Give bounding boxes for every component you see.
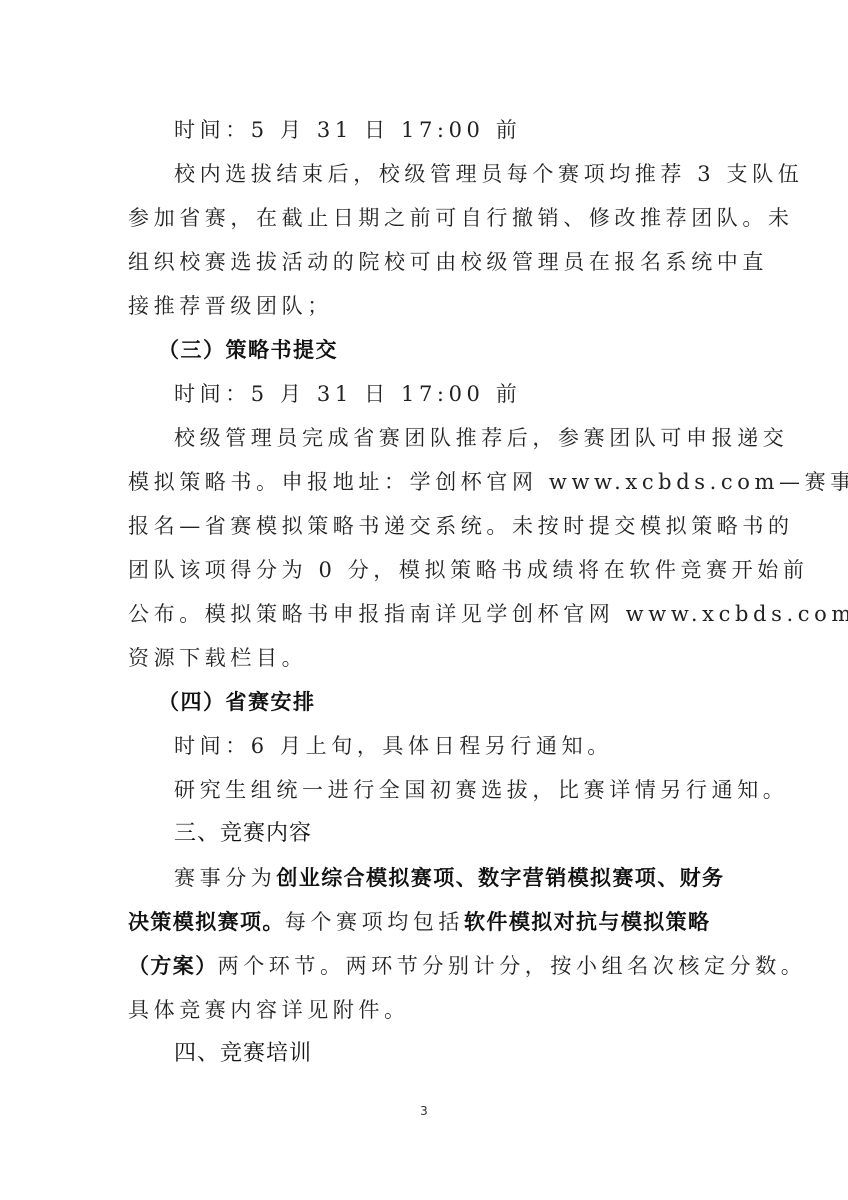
section-heading-competition-content: 三、竞赛内容 [128, 812, 720, 856]
paragraph-line: 接推荐晋级团队； [128, 284, 720, 328]
paragraph-line: 模拟策略书。申报地址：学创杯官网 www.xcbds.com—赛事 [128, 460, 720, 504]
paragraph-line: 报名—省赛模拟策略书递交系统。未按时提交模拟策略书的 [128, 504, 720, 548]
paragraph-line: 具体竞赛内容详见附件。 [128, 988, 720, 1032]
paragraph-line: 资源下载栏目。 [128, 636, 720, 680]
paragraph-line: 组织校赛选拔活动的院校可由校级管理员在报名系统中直 [128, 240, 720, 284]
paragraph-line: 决策模拟赛项。每个赛项均包括软件模拟对抗与模拟策略 [128, 900, 720, 944]
paragraph-line: 团队该项得分为 0 分，模拟策略书成绩将在软件竞赛开始前 [128, 548, 720, 592]
paragraph-strategy-submission: 校级管理员完成省赛团队推荐后，参赛团队可申报递交 [128, 416, 720, 460]
bold-text-run: 创业综合模拟赛项、数字营销模拟赛项、财务 [276, 866, 724, 890]
bold-text-run: 决策模拟赛项。 [128, 910, 285, 934]
text-run: 赛事分为 [174, 866, 276, 890]
paragraph-line: （方案）两个环节。两环节分别计分，按小组名次核定分数。 [128, 944, 720, 988]
section-heading-provincial-arrangement: （四）省赛安排 [128, 680, 720, 724]
paragraph-competition-content: 赛事分为创业综合模拟赛项、数字营销模拟赛项、财务 [128, 856, 720, 900]
text-run: 每个赛项均包括 [285, 910, 464, 934]
paragraph-line: 参加省赛，在截止日期之前可自行撤销、修改推荐团队。未 [128, 196, 720, 240]
paragraph-time-deadline-1: 时间：5 月 31 日 17:00 前 [128, 108, 720, 152]
section-heading-competition-training: 四、竞赛培训 [128, 1032, 720, 1076]
paragraph-school-selection: 校内选拔结束后，校级管理员每个赛项均推荐 3 支队伍 [128, 152, 720, 196]
paragraph-time-june: 时间：6 月上旬，具体日程另行通知。 [128, 724, 720, 768]
page-body: 时间：5 月 31 日 17:00 前 校内选拔结束后，校级管理员每个赛项均推荐… [128, 108, 720, 1076]
bold-text-run: 软件模拟对抗与模拟策略 [464, 910, 710, 934]
paragraph-time-deadline-2: 时间：5 月 31 日 17:00 前 [128, 372, 720, 416]
section-heading-strategy-submission: （三）策略书提交 [128, 328, 720, 372]
paragraph-line: 公布。模拟策略书申报指南详见学创杯官网 www.xcbds.com [128, 592, 720, 636]
bold-text-run: （方案） [128, 954, 218, 978]
document-page: 时间：5 月 31 日 17:00 前 校内选拔结束后，校级管理员每个赛项均推荐… [0, 0, 848, 1200]
text-run: 两个环节。两环节分别计分，按小组名次核定分数。 [218, 954, 807, 978]
paragraph-graduate-group: 研究生组统一进行全国初赛选拔，比赛详情另行通知。 [128, 768, 720, 812]
page-number: 3 [0, 1104, 848, 1118]
